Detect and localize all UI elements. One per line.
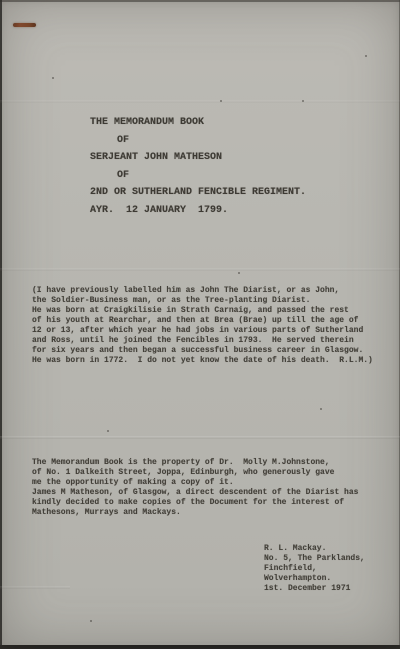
typed-line: 12 or 13, after which year he had jobs i… bbox=[32, 326, 373, 336]
typed-line: He was born at Craigkilisie in Strath Ca… bbox=[32, 306, 373, 316]
fold-crease bbox=[0, 436, 400, 439]
provenance-paragraph: The Memorandum Book is the property of D… bbox=[32, 458, 358, 518]
typed-line: (I have previously labelled him as John … bbox=[32, 286, 373, 296]
photo-edge-left bbox=[0, 0, 2, 649]
title-line: SERJEANT JOHN MATHESON bbox=[90, 149, 306, 167]
title-block: THE MEMORANDUM BOOK OF SERJEANT JOHN MAT… bbox=[90, 114, 306, 219]
paper-speck bbox=[302, 100, 304, 102]
title-line: THE MEMORANDUM BOOK bbox=[90, 114, 306, 132]
typed-line: the Soldier-Business man, or as the Tree… bbox=[32, 296, 373, 306]
fold-crease bbox=[0, 100, 400, 103]
typed-line: for six years and then began a successfu… bbox=[32, 346, 373, 356]
typed-line: me the opportunity of making a copy of i… bbox=[32, 478, 358, 488]
paper-speck bbox=[107, 430, 109, 432]
typed-line: The Memorandum Book is the property of D… bbox=[32, 458, 358, 468]
title-date-line: AYR. 12 JANUARY 1799. bbox=[90, 202, 306, 220]
typed-line: kindly decided to make copies of the Doc… bbox=[32, 498, 358, 508]
paper-speck bbox=[90, 620, 92, 622]
typed-line: James M Matheson, of Glasgow, a direct d… bbox=[32, 488, 358, 498]
paper-speck bbox=[365, 55, 367, 57]
paper-speck bbox=[320, 408, 322, 410]
signature-block: R. L. Mackay. No. 5, The Parklands, Finc… bbox=[264, 544, 365, 594]
photo-edge-top bbox=[0, 0, 400, 2]
title-line: OF bbox=[90, 132, 306, 150]
typed-line: Mathesons, Murrays and Mackays. bbox=[32, 508, 358, 518]
scanned-document-photo: THE MEMORANDUM BOOK OF SERJEANT JOHN MAT… bbox=[0, 0, 400, 649]
fold-crease bbox=[0, 268, 400, 271]
typed-line: of No. 1 Dalkeith Street, Joppa, Edinbur… bbox=[32, 468, 358, 478]
typed-line: of his youth at Rearchar, and then at Br… bbox=[32, 316, 373, 326]
paper-speck bbox=[220, 100, 222, 102]
typed-line: He was born in 1772. I do not yet know t… bbox=[32, 356, 373, 366]
title-line: OF bbox=[90, 167, 306, 185]
typed-line: and Ross, until he joined the Fencibles … bbox=[32, 336, 373, 346]
fold-crease bbox=[0, 586, 70, 589]
photo-edge-bottom bbox=[0, 645, 400, 649]
signature-address-line: Wolverhampton. bbox=[264, 574, 365, 584]
signature-name: R. L. Mackay. bbox=[264, 544, 365, 554]
signature-date: 1st. December 1971 bbox=[264, 584, 365, 594]
signature-address-line: Finchfield, bbox=[264, 564, 365, 574]
paper-speck bbox=[238, 272, 240, 274]
rust-stain bbox=[13, 23, 36, 27]
title-line: 2ND OR SUTHERLAND FENCIBLE REGIMENT. bbox=[90, 184, 306, 202]
paper-speck bbox=[52, 77, 54, 79]
note-paragraph: (I have previously labelled him as John … bbox=[32, 286, 373, 366]
signature-address-line: No. 5, The Parklands, bbox=[264, 554, 365, 564]
